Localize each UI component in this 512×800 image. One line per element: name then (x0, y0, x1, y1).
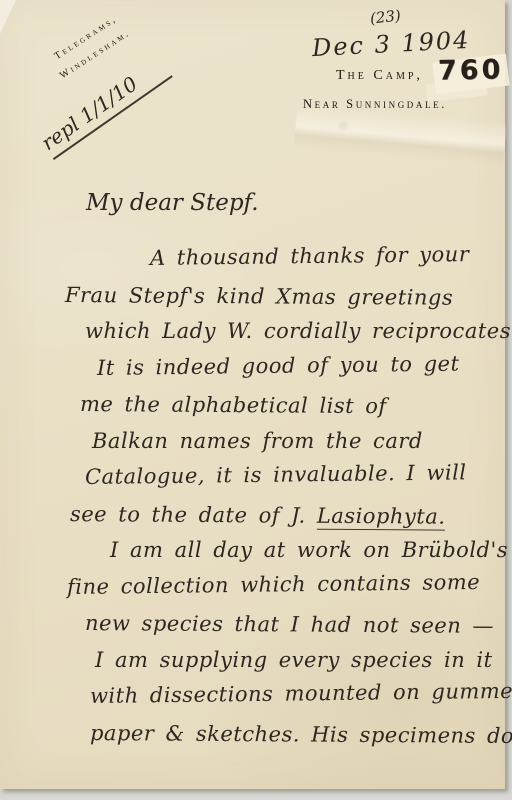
handwriting-text: see to the date of J. (70, 502, 317, 528)
handwriting-line: Balkan names from the card (92, 423, 491, 460)
scan-background: Telegrams, Windlesham. repl 1/1/10 (23) … (0, 0, 512, 800)
page-number-annotation: (23) (369, 6, 402, 27)
underlined-species-name: Lasiophyta. (317, 503, 446, 530)
reply-annotation: repl 1/1/10 (37, 52, 173, 160)
letterhead-address-line2: Near Sunningdale. (303, 97, 447, 112)
letter-page: Telegrams, Windlesham. repl 1/1/10 (23) … (0, 0, 505, 789)
page-corner-highlight (0, 0, 16, 34)
handwriting-line: new species that I had not seen — (85, 605, 491, 644)
handwriting-line: I am all day at work on Brübold's (110, 532, 491, 569)
letter-body: A thousand thanks for yourFrau Stepf's k… (58, 240, 491, 751)
letterhead-telegrams: Telegrams, Windlesham. (52, 11, 133, 79)
handwriting-line: me the alphabetical list of (80, 386, 491, 425)
letterhead-address-line1: The Camp, (336, 68, 423, 84)
handwriting-line: I am supplying every species in it (95, 642, 491, 679)
handwriting-line: Frau Stepf's kind Xmas greetings (65, 277, 491, 316)
handwriting-line: fine collection which contains some (67, 563, 491, 605)
handwriting-line: see to the date of J. Lasiophyta. (70, 496, 491, 535)
handwriting-line: with dissections mounted on gummed (90, 673, 491, 714)
handwriting-line: Catalogue, it is invaluable. I will (85, 454, 491, 495)
paper-crease (293, 103, 507, 173)
handwriting-line: It is indeed good of you to get (97, 345, 491, 386)
handwriting-line: A thousand thanks for your (150, 236, 491, 277)
handwriting-line: paper & sketches. His specimens do (90, 715, 491, 754)
folio-stamp-number: 760 (438, 54, 504, 86)
handwriting-line: which Lady W. cordially reciprocates (85, 313, 491, 350)
salutation: My dear Stepf. (86, 190, 259, 216)
